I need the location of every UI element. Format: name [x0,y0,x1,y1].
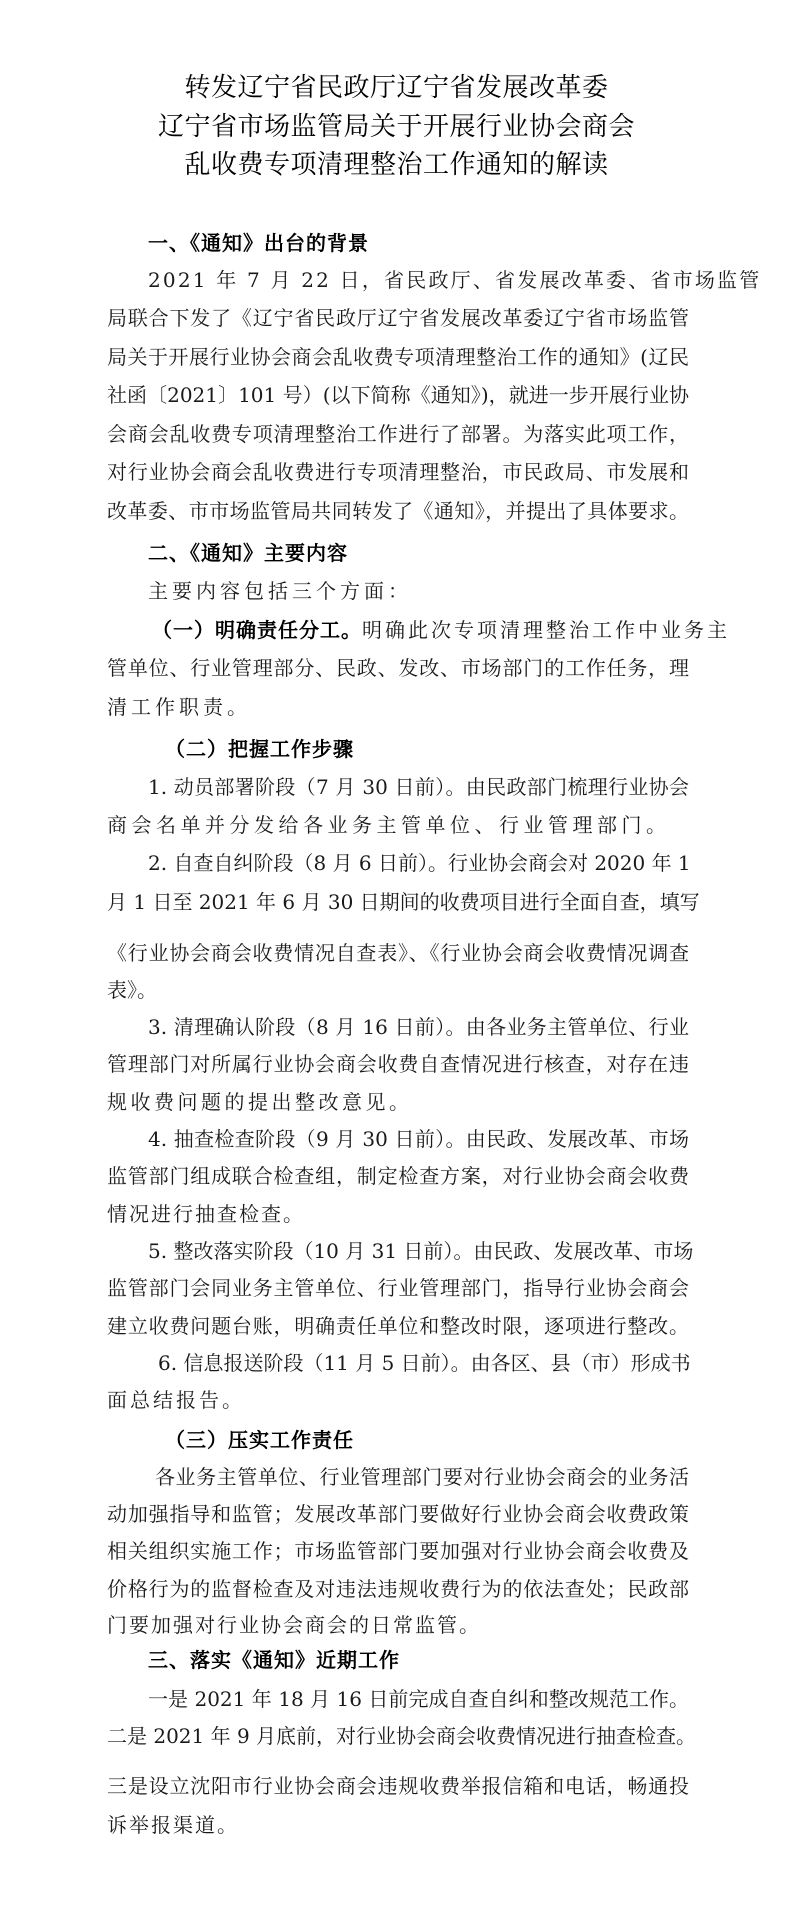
step-5-line-1: 5. 整改落实阶段（10 月 31 日前）。由民政、发展改革、市场 [148,1238,689,1264]
part-2-heading: （二）把握工作步骤 [165,736,747,762]
step-3-line-2: 管理部门对所属行业协会商会收费自查情况进行核查，对存在违 [107,1051,689,1077]
step-2-line-1: 2. 自查自纠阶段（8 月 6 日前）。行业协会商会对 2020 年 1 [148,850,689,876]
step-6-line-1: 6. 信息报送阶段（11 月 5 日前）。由各区、县（市）形成书 [158,1350,689,1376]
section-3-line-2: 二是 2021 年 9 月底前，对行业协会商会收费情况进行抽查检查。 [107,1723,689,1749]
section-1-line-1: 2021 年 7 月 22 日，省民政厅、省发展改革委、省市场监管 [148,267,689,293]
step-6-line-2: 面总结报告。 [107,1387,689,1413]
step-1-line-1: 1. 动员部署阶段（7 月 30 日前）。由民政部门梳理行业协会 [148,774,689,800]
step-4-line-2: 监管部门组成联合检查组，制定检查方案，对行业协会商会收费 [107,1163,689,1189]
section-2-intro: 主要内容包括三个方面： [148,578,730,604]
step-2-line-4: 表》。 [107,977,689,1003]
section-1-line-6: 对行业协会商会乱收费进行专项清理整治，市民政局、市发展和 [107,459,689,485]
step-3-line-1: 3. 清理确认阶段（8 月 16 日前）。由各业务主管单位、行业 [148,1014,689,1040]
document-title-line-1: 转发辽宁省民政厅辽宁省发展改革委 [0,73,793,103]
part-3-line-2: 动加强指导和监管；发展改革部门要做好行业协会商会收费政策 [107,1501,689,1527]
part-3-line-3: 相关组织实施工作；市场监管部门要加强对行业协会商会收费及 [107,1538,689,1564]
part-1-line-3: 清工作职责。 [107,694,689,720]
section-1-line-7: 改革委、市市场监管局共同转发了《通知》，并提出了具体要求。 [107,498,689,524]
part-3-heading: （三）压实工作责任 [165,1427,747,1453]
section-1-line-5: 会商会乱收费专项清理整治工作进行了部署。为落实此项工作， [107,421,689,447]
step-5-line-3: 建立收费问题台账，明确责任单位和整改时限，逐项进行整改。 [107,1313,689,1339]
section-1-line-2: 局联合下发了《辽宁省民政厅辽宁省发展改革委辽宁省市场监管 [107,305,689,331]
part-1-first-line: （一）明确责任分工。明确此次专项清理整治工作中业务主 [152,617,689,643]
section-3-heading: 三、落实《通知》近期工作 [148,1647,730,1673]
step-1-line-2: 商会名单并分发给各业务主管单位、行业管理部门。 [107,812,689,838]
step-2-line-3: 《行业协会商会收费情况自查表》、《行业协会商会收费情况调查 [107,940,689,966]
section-2-heading: 二、《通知》主要内容 [148,540,730,566]
step-2-line-2: 月 1 日至 2021 年 6 月 30 日期间的收费项目进行全面自查，填写 [107,889,689,915]
section-3-line-4: 诉举报渠道。 [107,1812,689,1838]
step-3-line-3: 规收费问题的提出整改意见。 [107,1089,689,1115]
section-1-heading: 一、《通知》出台的背景 [148,230,730,256]
section-3-line-3: 三是设立沈阳市行业协会商会违规收费举报信箱和电话，畅通投 [107,1773,689,1799]
document-title-line-3: 乱收费专项清理整治工作通知的解读 [0,150,793,180]
document-title-line-2: 辽宁省市场监管局关于开展行业协会商会 [0,112,793,142]
step-4-line-3: 情况进行抽查检查。 [107,1201,689,1227]
part-3-line-4: 价格行为的监督检查及对违法违规收费行为的依法查处；民政部 [107,1576,689,1602]
step-5-line-2: 监管部门会同业务主管单位、行业管理部门，指导行业协会商会 [107,1275,689,1301]
part-1-first-line-text: 明确此次专项清理整治工作中业务主 [362,618,730,642]
part-1-line-2: 管单位、行业管理部分、民政、发改、市场部门的工作任务，理 [107,655,689,681]
section-1-line-4: 社函〔2021〕101 号）(以下简称《通知》)，就进一步开展行业协 [107,382,689,408]
section-3-line-1: 一是 2021 年 18 月 16 日前完成自查自纠和整改规范工作。 [148,1686,689,1712]
part-3-line-5: 门要加强对行业协会商会的日常监管。 [107,1612,689,1638]
part-3-line-1: 各业务主管单位、行业管理部门要对行业协会商会的业务活 [155,1464,689,1490]
part-1-heading: （一）明确责任分工。 [152,618,362,642]
section-1-line-3: 局关于开展行业协会商会乱收费专项清理整治工作的通知》(辽民 [107,344,689,370]
step-4-line-1: 4. 抽查检查阶段（9 月 30 日前）。由民政、发展改革、市场 [148,1126,689,1152]
